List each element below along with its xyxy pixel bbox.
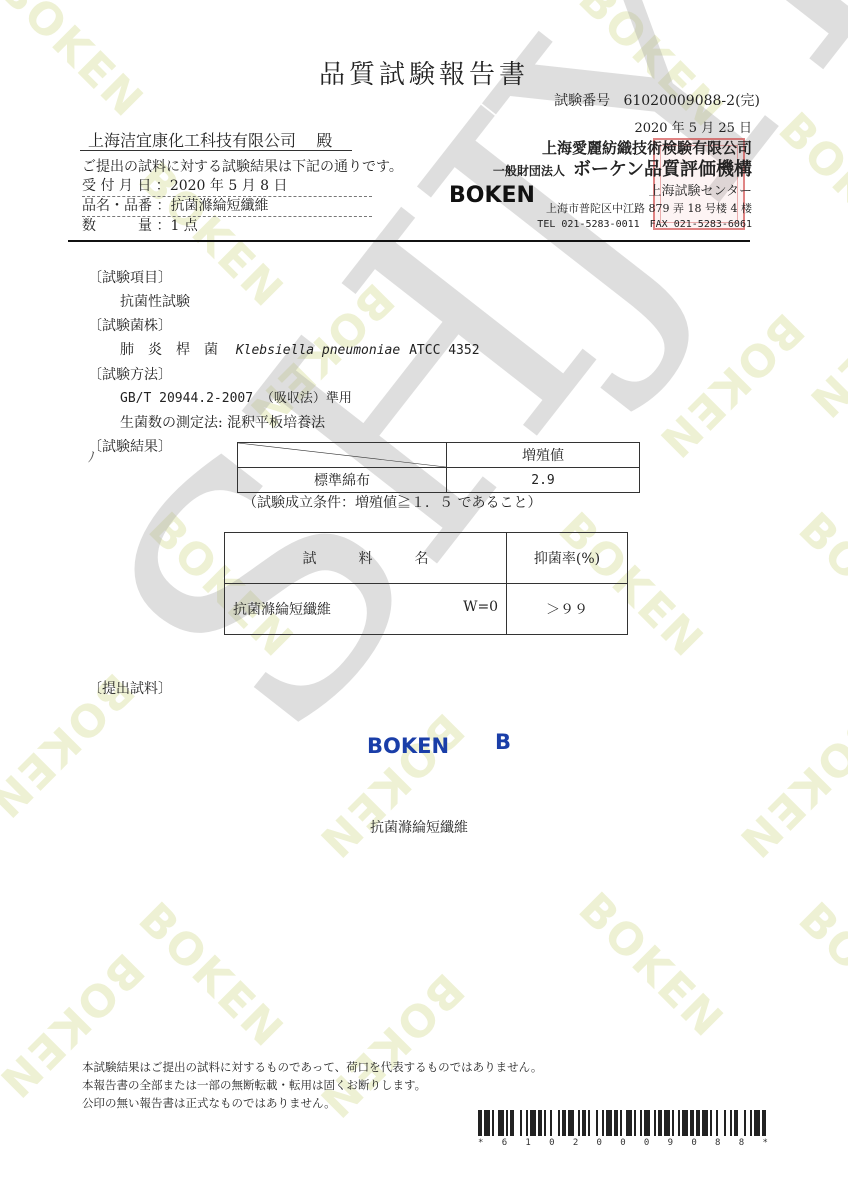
intro-text: ご提出の試料に対する試験結果は下記の通りです。	[82, 158, 403, 177]
scan-mark: ﾉ	[88, 447, 95, 467]
barcode-char: 8	[715, 1138, 720, 1148]
wash-count: W=0	[463, 599, 498, 615]
field-value: 2020 年 5 月 8 日	[170, 178, 288, 194]
sample-label-b: B	[495, 730, 511, 754]
method-standard: GB/T 20944.2-2007 （吸収法）準用	[88, 387, 480, 411]
field-label: 数 量	[82, 218, 152, 234]
test-number: 試験番号 61020009088-2(完)	[554, 90, 760, 110]
method-count: 生菌数の測定法: 混釈平板培養法	[88, 411, 480, 435]
field-label: 品名・品番	[82, 198, 152, 214]
org-prefix: 一般財団法人	[493, 164, 565, 178]
strain-atcc: ATCC 4352	[409, 343, 479, 358]
report-page: 品質試験報告書 試験番号 61020009088-2(完) 上海洁宜康化工科技有…	[0, 0, 848, 1200]
footer-note: 本報告書の全部または一部の無断転載・転用は固くお断りします。	[82, 1076, 542, 1094]
barcode-char: 0	[549, 1138, 554, 1148]
barcode-char: 9	[668, 1138, 673, 1148]
barcode-char: *	[478, 1138, 483, 1148]
barcode-char: 1	[525, 1138, 530, 1148]
barcode-char: 0	[691, 1138, 696, 1148]
section-heading: 〔試験項目〕	[88, 266, 480, 290]
header-divider	[68, 240, 750, 242]
issue-date: 2020 年 5 月 25 日	[493, 120, 752, 138]
test-number-value: 61020009088-2(完)	[623, 93, 760, 109]
barcode-char: 8	[739, 1138, 744, 1148]
issuer-org: 一般財団法人ボーケン品質評価機構	[493, 158, 752, 183]
client-honorific: 殿	[316, 131, 332, 150]
table-row: 抗菌滌綸短纖維 W=0 ＞９９	[225, 584, 628, 635]
sample-name: 抗菌滌綸短纖維	[233, 602, 331, 618]
growth-row-value: 2.9	[447, 468, 640, 493]
client-underline	[80, 150, 352, 151]
sample-label-logo: BOKEN	[367, 734, 449, 758]
strain-latin-name: Klebsiella pneumoniae	[236, 343, 400, 358]
submitted-heading: 〔提出試料〕	[88, 677, 172, 701]
section-heading: 〔試験菌株〕	[88, 314, 480, 338]
strain-jp-name: 肺 炎 桿 菌	[120, 342, 218, 358]
barcode-text: *61020009088*	[478, 1138, 768, 1148]
section-value: 抗菌性試験	[88, 290, 480, 314]
barcode-char: 2	[573, 1138, 578, 1148]
footer-note: 公印の無い報告書は正式なものではありません。	[82, 1094, 542, 1112]
test-condition: （試験成立条件：増殖値≧１．５ であること）	[243, 492, 541, 512]
field-value: 1 点	[170, 218, 197, 234]
footer-notes: 本試験結果はご提出の試料に対するものであって、荷口を代表するものではありません。…	[82, 1058, 542, 1112]
sample-cell: 抗菌滌綸短纖維 W=0	[225, 584, 507, 635]
growth-value-table: 増殖値 標準綿布 2.9	[237, 442, 640, 493]
field-value: 抗菌滌綸短纖維	[170, 198, 268, 214]
sample-name-caption: 抗菌滌綸短纖維	[370, 817, 468, 837]
strain-line: 肺 炎 桿 菌 Klebsiella pneumoniae ATCC 4352	[88, 338, 480, 363]
barcode-char: 6	[502, 1138, 507, 1148]
barcode-char: *	[762, 1138, 767, 1148]
diagonal-header-cell	[238, 443, 447, 468]
section-test-item: 〔試験項目〕 抗菌性試験 〔試験菌株〕 肺 炎 桿 菌 Klebsiella p…	[88, 266, 480, 459]
sample-name-header: 試 料 名	[225, 533, 507, 584]
product-row: 品名・品番 ：抗菌滌綸短纖維	[82, 197, 372, 217]
barcode-bar	[766, 1110, 768, 1136]
client-name: 上海洁宜康化工科技有限公司 殿	[88, 128, 332, 151]
barcode-char: 0	[620, 1138, 625, 1148]
receipt-date-row: 受 付 月 日 ：2020 年 5 月 8 日	[82, 177, 372, 197]
client-company: 上海洁宜康化工科技有限公司	[88, 131, 296, 150]
test-number-label: 試験番号	[554, 93, 610, 109]
growth-header: 増殖値	[447, 443, 640, 468]
issuer-block: 2020 年 5 月 25 日 上海愛麗紡織技術検験有限公司 一般財団法人ボーケ…	[493, 120, 752, 233]
footer-note: 本試験結果はご提出の試料に対するものであって、荷口を代表するものではありません。	[82, 1058, 542, 1076]
growth-row-label: 標準綿布	[238, 468, 447, 493]
barcode-char: 0	[597, 1138, 602, 1148]
receipt-info: ご提出の試料に対する試験結果は下記の通りです。 受 付 月 日 ：2020 年 …	[82, 158, 403, 236]
boken-logo: BOKEN	[449, 183, 535, 208]
antibacterial-table: 試 料 名 抑菌率(%) 抗菌滌綸短纖維 W=0 ＞９９	[224, 532, 628, 635]
quantity-row: 数 量 ：1 点	[82, 217, 372, 236]
barcode-char: 0	[644, 1138, 649, 1148]
issuer-phone: TEL 021-5283-0011 FAX 021-5283-6061	[493, 217, 752, 233]
issuer-company: 上海愛麗紡織技術検験有限公司	[493, 138, 752, 158]
rate-header: 抑菌率(%)	[507, 533, 628, 584]
org-name: ボーケン品質評価機構	[573, 159, 752, 180]
barcode	[478, 1110, 768, 1136]
section-heading: 〔試験方法〕	[88, 363, 480, 387]
report-title: 品質試験報告書	[0, 54, 848, 91]
rate-value: ＞９９	[507, 584, 628, 635]
field-label: 受 付 月 日	[82, 178, 151, 194]
